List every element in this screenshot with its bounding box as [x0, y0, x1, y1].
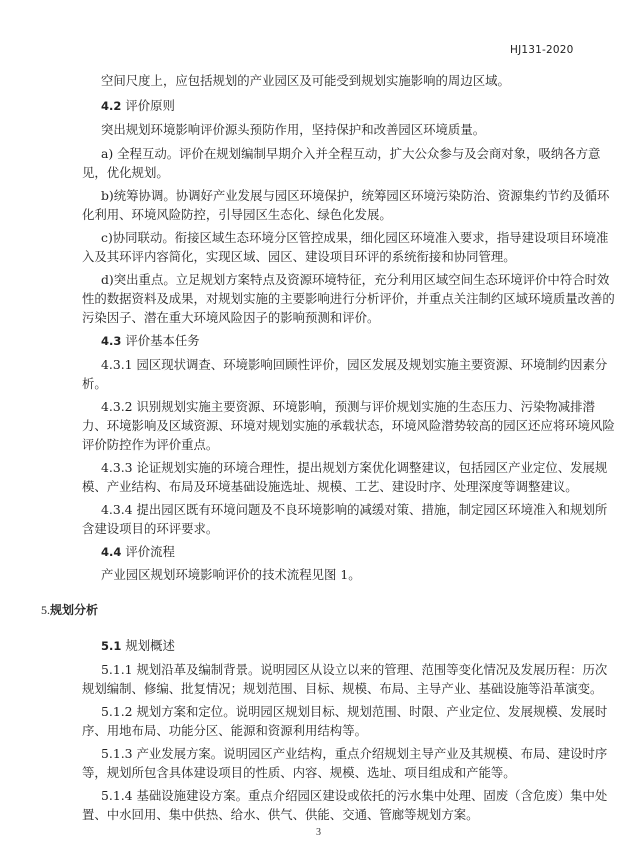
line-text: 模、产业结构、布局及环境基础设施选址、规模、工艺、建设时序、处理深度等调整建议。 — [82, 479, 578, 494]
heading-number: 4.3 — [101, 334, 121, 348]
subsection-heading: 4.4 评价流程 — [101, 544, 175, 560]
line-text: 序、用地布局、功能分区、能源和资源利用结构等。 — [82, 723, 367, 738]
line-text: 析。 — [82, 376, 107, 391]
line-text: 化利用、环境风险防控，引导园区生态化、绿色化发展。 — [82, 207, 392, 222]
paragraph-line: 5.1.3 产业发展方案。说明园区产业结构，重点介绍规划主导产业及其规模、布局、… — [101, 746, 607, 761]
paragraph-line: 评价防控作为评价重点。 — [82, 437, 218, 452]
heading-number: 5.1 — [101, 639, 121, 653]
line-text: c)协同联动。衔接区域生态环境分区管控成果，细化园区环境准入要求，指导建设项目环… — [101, 230, 608, 245]
paragraph-line: 4.3.4 提出园区既有环境问题及不良环境影响的减缓对策、措施，制定园区环境准入… — [101, 502, 607, 517]
heading-number: 5. — [41, 603, 50, 617]
subsection-heading: 4.3 评价基本任务 — [101, 333, 200, 349]
paragraph-line: 性的数据资料及成果，对规划实施的主要影响进行分析评价，并重点关注制约区域环境质量… — [82, 291, 615, 306]
paragraph-line: 入及其环评内容简化，实现区域、园区、建设项目环评的系统衔接和协同管理。 — [82, 249, 516, 264]
line-text: 4.3.2 识别规划实施主要资源、环境影响，预测与评价规划实施的生态压力、污染物… — [101, 399, 595, 414]
paragraph-line: 含建设项目的环评要求。 — [82, 521, 218, 536]
paragraph-line: 4.3.3 论证规划实施的环境合理性，提出规划方案优化调整建议，包括园区产业定位… — [101, 460, 607, 475]
paragraph-line: 5.1.1 规划沿革及编制背景。说明园区从设立以来的管理、范围等变化情况及发展历… — [101, 662, 607, 677]
paragraph-line: c)协同联动。衔接区域生态环境分区管控成果，细化园区环境准入要求，指导建设项目环… — [101, 230, 608, 245]
subsection-heading: 5.1 规划概述 — [101, 638, 175, 654]
paragraph-line: 规划编制、修编、批复情况；规划范围、目标、规模、布局、主导产业、基础设施等沿革演… — [82, 681, 602, 696]
line-text: 入及其环评内容简化，实现区域、园区、建设项目环评的系统衔接和协同管理。 — [82, 249, 516, 264]
line-text: 4.3.1 园区现状调查、环境影响回顾性评价，园区发展及规划实施主要资源、环境制… — [101, 357, 607, 372]
line-text: 评价流程 — [121, 544, 175, 559]
paragraph-line: 5.1.2 规划方案和定位。说明园区规划目标、规划范围、时限、产业定位、发展规模… — [101, 704, 607, 719]
paragraph-line: 置、中水回用、集中供热、给水、供气、供能、交通、管廊等规划方案。 — [82, 807, 479, 822]
line-text: b)统筹协调。协调好产业发展与园区环境保护，统筹园区环境污染防治、资源集约节约及… — [101, 188, 609, 203]
line-text: 4.3.3 论证规划实施的环境合理性，提出规划方案优化调整建议，包括园区产业定位… — [101, 460, 607, 475]
line-text: 置、中水回用、集中供热、给水、供气、供能、交通、管廊等规划方案。 — [82, 807, 479, 822]
line-text: 评价防控作为评价重点。 — [82, 437, 218, 452]
heading-number: 4.4 — [101, 545, 121, 559]
line-text: 5.1.3 产业发展方案。说明园区产业结构，重点介绍规划主导产业及其规模、布局、… — [101, 746, 607, 761]
paragraph-line: 见，优化规划。 — [82, 165, 169, 180]
paragraph-line: 析。 — [82, 376, 107, 391]
paragraph-line: 突出规划环境影响评价源头预防作用，坚持保护和改善园区环境质量。 — [101, 122, 485, 137]
paragraph-line: 力、环境影响及区域资源、环境对规划实施的承载状态，环境风险潜势较高的园区还应将环… — [82, 418, 615, 433]
line-text: 规划分析 — [50, 603, 98, 617]
page-number: 3 — [316, 827, 321, 838]
paragraph-line: 5.1.4 基础设施建设方案。重点介绍园区建设或依托的污水集中处理、固废（含危废… — [101, 788, 607, 803]
line-text: 评价基本任务 — [121, 333, 199, 348]
line-text: 污染因子、潜在重大环境风险因子的影响预测和评价。 — [82, 310, 379, 325]
subsection-heading: 4.2 评价原则 — [101, 98, 175, 114]
line-text: 空间尺度上，应包括规划的产业园区及可能受到规划实施影响的周边区域。 — [101, 73, 510, 88]
line-text: 4.3.4 提出园区既有环境问题及不良环境影响的减缓对策、措施，制定园区环境准入… — [101, 502, 607, 517]
line-text: 产业园区规划环境影响评价的技术流程见图 1。 — [101, 567, 361, 582]
paragraph-line: 模、产业结构、布局及环境基础设施选址、规模、工艺、建设时序、处理深度等调整建议。 — [82, 479, 578, 494]
line-text: 等，规划所包含具体建设项目的性质、内容、规模、选址、项目组成和产能等。 — [82, 765, 516, 780]
paragraph-line: 等，规划所包含具体建设项目的性质、内容、规模、选址、项目组成和产能等。 — [82, 765, 516, 780]
line-text: 突出规划环境影响评价源头预防作用，坚持保护和改善园区环境质量。 — [101, 122, 485, 137]
paragraph-line: 空间尺度上，应包括规划的产业园区及可能受到规划实施影响的周边区域。 — [101, 73, 510, 88]
line-text: d)突出重点。立足规划方案特点及资源环境特征，充分利用区域空间生态环境评价中符合… — [101, 272, 609, 287]
line-text: 力、环境影响及区域资源、环境对规划实施的承载状态，环境风险潜势较高的园区还应将环… — [82, 418, 615, 433]
paragraph-line: 4.3.2 识别规划实施主要资源、环境影响，预测与评价规划实施的生态压力、污染物… — [101, 399, 595, 414]
heading-number: 4.2 — [101, 99, 121, 113]
paragraph-line: 4.3.1 园区现状调查、环境影响回顾性评价，园区发展及规划实施主要资源、环境制… — [101, 357, 607, 372]
document-code: HJ131-2020 — [510, 44, 574, 56]
line-text: 见，优化规划。 — [82, 165, 169, 180]
line-text: 含建设项目的环评要求。 — [82, 521, 218, 536]
line-text: 规划概述 — [121, 638, 175, 653]
line-text: 规划编制、修编、批复情况；规划范围、目标、规模、布局、主导产业、基础设施等沿革演… — [82, 681, 602, 696]
line-text: 5.1.4 基础设施建设方案。重点介绍园区建设或依托的污水集中处理、固废（含危废… — [101, 788, 607, 803]
paragraph-line: 产业园区规划环境影响评价的技术流程见图 1。 — [101, 567, 361, 582]
line-text: 5.1.1 规划沿革及编制背景。说明园区从设立以来的管理、范围等变化情况及发展历… — [101, 662, 607, 677]
paragraph-line: b)统筹协调。协调好产业发展与园区环境保护，统筹园区环境污染防治、资源集约节约及… — [101, 188, 609, 203]
line-text: 5.1.2 规划方案和定位。说明园区规划目标、规划范围、时限、产业定位、发展规模… — [101, 704, 607, 719]
paragraph-line: a) 全程互动。评价在规划编制早期介入并全程互动，扩大公众参与及会商对象，吸纳各… — [101, 146, 600, 161]
paragraph-line: 序、用地布局、功能分区、能源和资源利用结构等。 — [82, 723, 367, 738]
paragraph-line: 化利用、环境风险防控，引导园区生态化、绿色化发展。 — [82, 207, 392, 222]
paragraph-line: 污染因子、潜在重大环境风险因子的影响预测和评价。 — [82, 310, 379, 325]
line-text: 性的数据资料及成果，对规划实施的主要影响进行分析评价，并重点关注制约区域环境质量… — [82, 291, 615, 306]
line-text: 评价原则 — [121, 98, 175, 113]
paragraph-line: d)突出重点。立足规划方案特点及资源环境特征，充分利用区域空间生态环境评价中符合… — [101, 272, 609, 287]
section-heading: 5.规划分析 — [41, 603, 98, 618]
line-text: a) 全程互动。评价在规划编制早期介入并全程互动，扩大公众参与及会商对象，吸纳各… — [101, 146, 600, 161]
